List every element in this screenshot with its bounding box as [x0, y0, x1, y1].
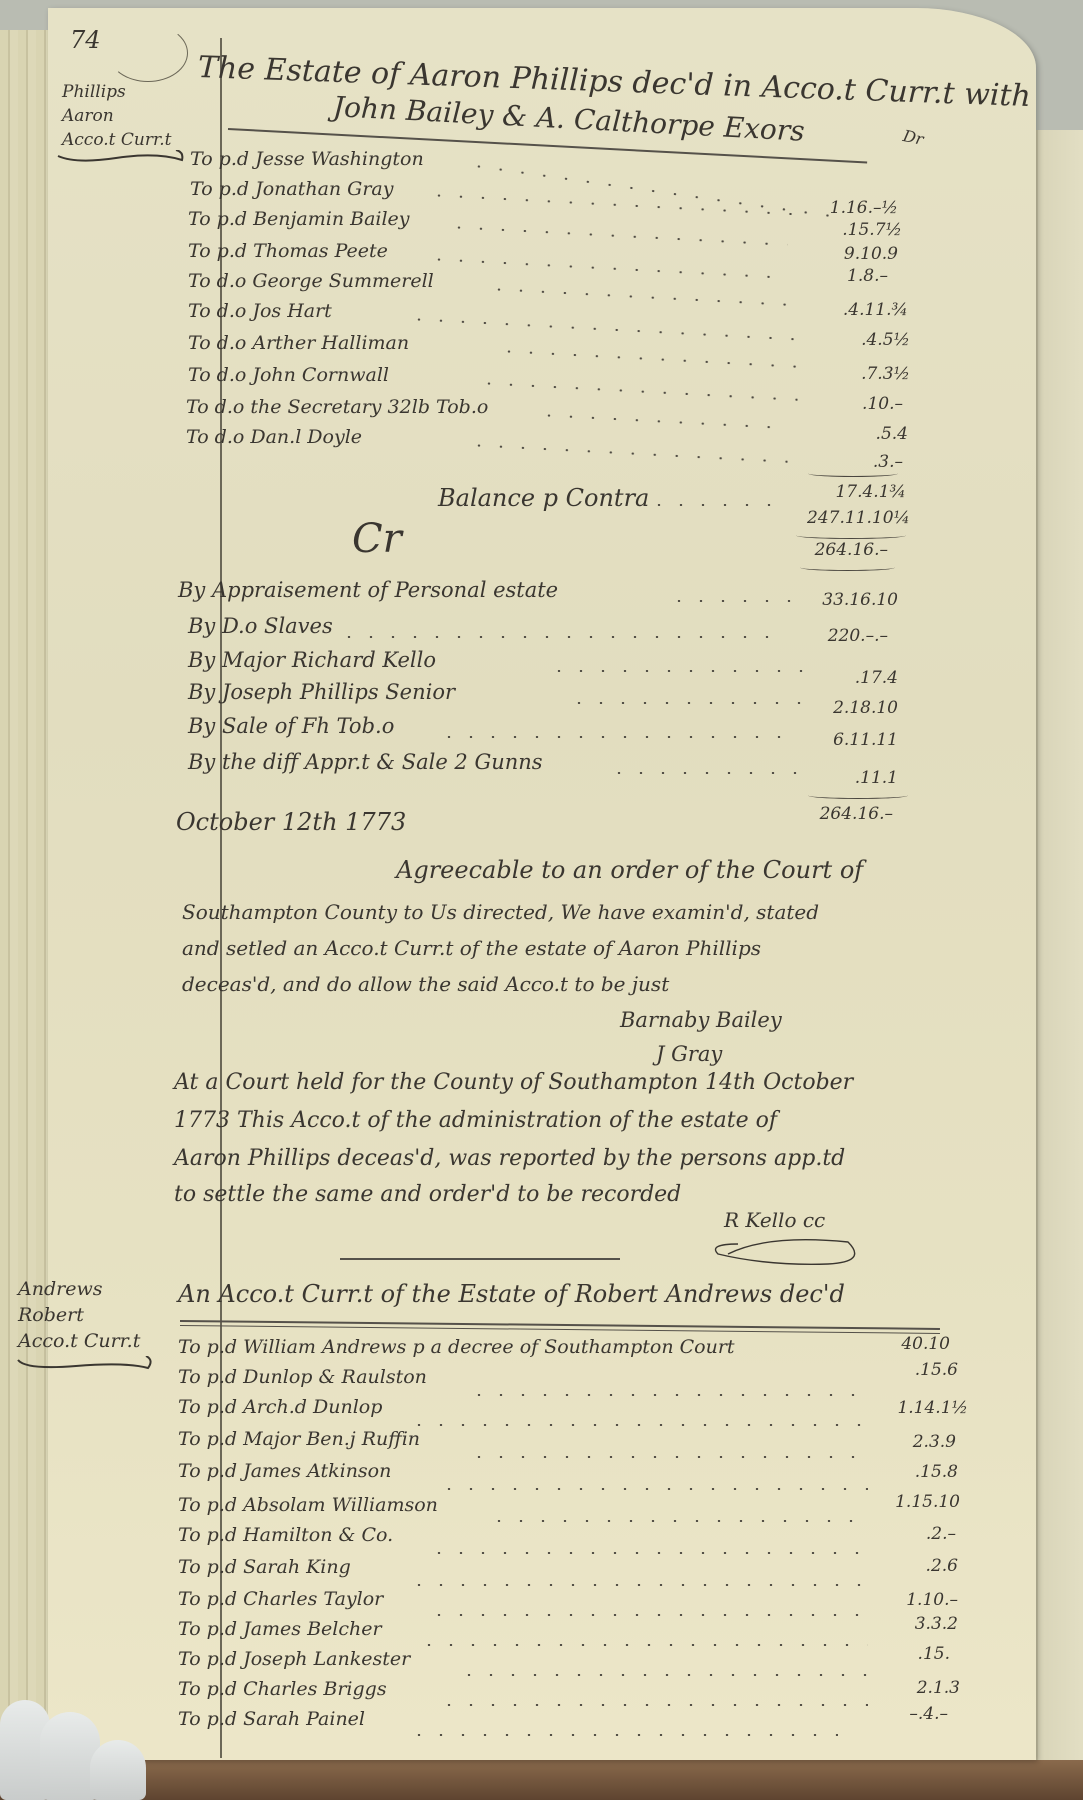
dot-leader: [338, 636, 778, 638]
entry-amount: 40.10: [840, 1334, 950, 1354]
dot-leader: [548, 670, 808, 672]
settlement-line: and setled an Acco.t Curr.t of the estat…: [182, 936, 761, 960]
dot-leader: [648, 504, 788, 506]
ledger-entry: To p.d Charles Briggs: [178, 1678, 387, 1700]
dot-leader: [488, 1520, 868, 1522]
dot-leader: [438, 736, 798, 738]
entry-amount: .3.–: [793, 452, 903, 472]
entry-amount: 1.10.–: [848, 1590, 958, 1610]
court-record-line: At a Court held for the County of Southa…: [174, 1070, 853, 1095]
gloved-finger: [90, 1740, 146, 1800]
dot-leader: [468, 1456, 868, 1458]
dot-leader: [488, 288, 788, 306]
dot-leader: [408, 1424, 868, 1426]
margin-note-phillips: Phillips Aaron Acco.t Curr.t: [62, 80, 171, 152]
ledger-entry: To p.d Charles Taylor: [178, 1588, 383, 1610]
settlement-line: Agreecable to an order of the Court of: [396, 856, 863, 884]
ledger-entry: To p.d James Belcher: [178, 1618, 382, 1640]
dot-leader: [408, 318, 798, 340]
entry-amount: .4.11.¾: [798, 300, 908, 320]
court-record-line: Aaron Phillips deceas'd, was reported by…: [174, 1146, 845, 1171]
ledger-entry: To p.d Jesse Washington: [190, 148, 424, 170]
ledger-entry: To p.d William Andrews p a decree of Sou…: [178, 1336, 735, 1358]
dot-leader: [408, 1734, 838, 1736]
ledger-entry: By Major Richard Kello: [188, 648, 436, 672]
clerk-flourish: [708, 1232, 868, 1268]
dot-leader: [408, 1584, 868, 1586]
dot-leader: [538, 414, 788, 429]
ledger-entry: By Joseph Phillips Senior: [188, 680, 455, 704]
ledger-entry: To d.o John Cornwall: [188, 364, 389, 386]
dot-leader: [498, 350, 798, 368]
ledger-entry: To d.o Arther Halliman: [188, 332, 409, 354]
margin-note-line: Andrews: [18, 1276, 140, 1302]
sum-rule: [796, 532, 906, 539]
dot-leader: [438, 1488, 868, 1490]
margin-note-andrews: Andrews Robert Acco.t Curr.t: [18, 1276, 140, 1354]
entry-amount: .2.–: [846, 1524, 956, 1544]
ledger-entry: To p.d Arch.d Dunlop: [178, 1396, 382, 1418]
ledger-entry: To p.d Absolam Williamson: [178, 1494, 438, 1516]
sum-rule: [808, 470, 898, 477]
dot-leader: [468, 444, 788, 463]
ledger-entry: By D.o Slaves: [188, 614, 333, 638]
dot-leader: [568, 702, 808, 704]
settlement-line: Southampton County to Us directed, We ha…: [182, 900, 819, 924]
entry-amount: .5.4: [798, 424, 908, 444]
dot-leader: [428, 258, 778, 278]
dot-leader: [478, 382, 798, 401]
entry-amount: 33.16.10: [788, 590, 898, 610]
dot-leader: [438, 1704, 868, 1706]
account-2-title: An Acco.t Curr.t of the Estate of Robert…: [178, 1280, 845, 1308]
margin-note-line: Aaron: [62, 104, 171, 128]
desk-surface: [0, 1760, 1083, 1800]
credit-label: Cr: [352, 516, 402, 562]
margin-flourish: [16, 1356, 156, 1374]
ledger-entry: To d.o Dan.l Doyle: [186, 426, 362, 448]
entry-amount: 1.8.–: [778, 266, 888, 286]
ledger-entry: To p.d James Atkinson: [178, 1460, 391, 1482]
dot-leader: [448, 226, 788, 246]
entry-amount: 220.–.–: [778, 626, 888, 646]
court-record-line: 1773 This Acco.t of the administration o…: [174, 1108, 777, 1133]
signature-j-gray: J Gray: [656, 1042, 722, 1066]
debit-label: Dr: [901, 126, 925, 149]
ledger-entry: To d.o Jos Hart: [188, 300, 332, 322]
dot-leader: [458, 1674, 868, 1676]
entry-amount: 2.1.3: [850, 1678, 960, 1698]
entry-amount: .11.1: [788, 768, 898, 788]
signature-barnaby-bailey: Barnaby Bailey: [620, 1008, 782, 1032]
settlement-line: deceas'd, and do allow the said Acco.t t…: [182, 972, 669, 996]
debit-total: 264.16.–: [778, 540, 888, 560]
entry-amount: .10.–: [793, 394, 903, 414]
section-divider: [340, 1258, 620, 1260]
ledger-page: 74 Phillips Aaron Acco.t Curr.t The Esta…: [48, 8, 1036, 1760]
entry-amount: .2.6: [848, 1556, 958, 1576]
entry-amount: –.4.–: [838, 1704, 948, 1724]
credit-total: 264.16.–: [783, 804, 893, 824]
ledger-entry: To p.d Sarah King: [178, 1556, 351, 1578]
ledger-entry: To p.d Thomas Peete: [188, 240, 388, 262]
ledger-entry: By Appraisement of Personal estate: [178, 578, 558, 602]
ledger-entry: To d.o George Summerell: [188, 270, 434, 292]
margin-note-line: Acco.t Curr.t: [18, 1328, 140, 1354]
entry-amount: 6.11.11: [788, 730, 898, 750]
entry-amount: 1.14.1½: [858, 1398, 968, 1418]
entry-amount: 9.10.9: [788, 244, 898, 264]
ledger-entry: By the diff Appr.t & Sale 2 Gunns: [188, 750, 543, 774]
ledger-entry: To p.d Jonathan Gray: [190, 178, 394, 200]
ledger-entry: To p.d Joseph Lankester: [178, 1648, 410, 1670]
debit-subtotal: 17.4.1¾: [796, 482, 906, 502]
entry-amount: .15.7½: [792, 220, 902, 240]
entry-amount: .15.: [840, 1644, 950, 1664]
ledger-entry: To p.d Sarah Painel: [178, 1708, 365, 1730]
ledger-entry: To p.d Dunlop & Raulston: [178, 1366, 427, 1388]
margin-note-line: Phillips: [62, 80, 171, 104]
page-number: 74: [70, 26, 101, 54]
ledger-entry: To p.d Hamilton & Co.: [178, 1524, 393, 1546]
clerk-signature: R Kello cc: [724, 1208, 825, 1232]
settlement-date: October 12th 1773: [176, 808, 406, 836]
facing-page-edge: [1036, 130, 1083, 1800]
entry-amount: .4.5½: [800, 330, 910, 350]
dot-leader: [428, 1552, 868, 1554]
margin-flourish: [56, 150, 186, 166]
page-number-circle: [108, 24, 188, 82]
dot-leader: [428, 1614, 868, 1616]
entry-amount: 2.3.9: [846, 1432, 956, 1452]
entry-amount: .7.3½: [800, 364, 910, 384]
ledger-entry: To p.d Benjamin Bailey: [188, 208, 410, 230]
ledger-entry: To p.d Major Ben.j Ruffin: [178, 1428, 420, 1450]
dot-leader: [608, 772, 808, 774]
balance-amount: 247.11.10¼: [800, 508, 910, 528]
sum-rule: [800, 564, 895, 571]
ledger-entry: By Sale of Fh Tob.o: [188, 714, 394, 738]
balance-label: Balance p Contra: [438, 484, 649, 512]
entry-amount: 3.3.2: [848, 1614, 958, 1634]
dot-leader: [468, 1394, 868, 1396]
margin-note-line: Acco.t Curr.t: [62, 128, 171, 152]
entry-amount: 2.18.10: [788, 698, 898, 718]
entry-amount: .15.8: [848, 1462, 958, 1482]
margin-note-line: Robert: [18, 1302, 140, 1328]
ledger-entry: To d.o the Secretary 32lb Tob.o: [186, 396, 488, 418]
entry-amount: 1.15.10: [850, 1492, 960, 1512]
entry-amount: .15.6: [848, 1360, 958, 1380]
court-record-line: to settle the same and order'd to be rec…: [174, 1182, 681, 1207]
dot-leader: [668, 600, 798, 602]
sum-rule: [808, 792, 908, 799]
dot-leader: [418, 1644, 868, 1646]
dot-leader: [468, 164, 845, 219]
